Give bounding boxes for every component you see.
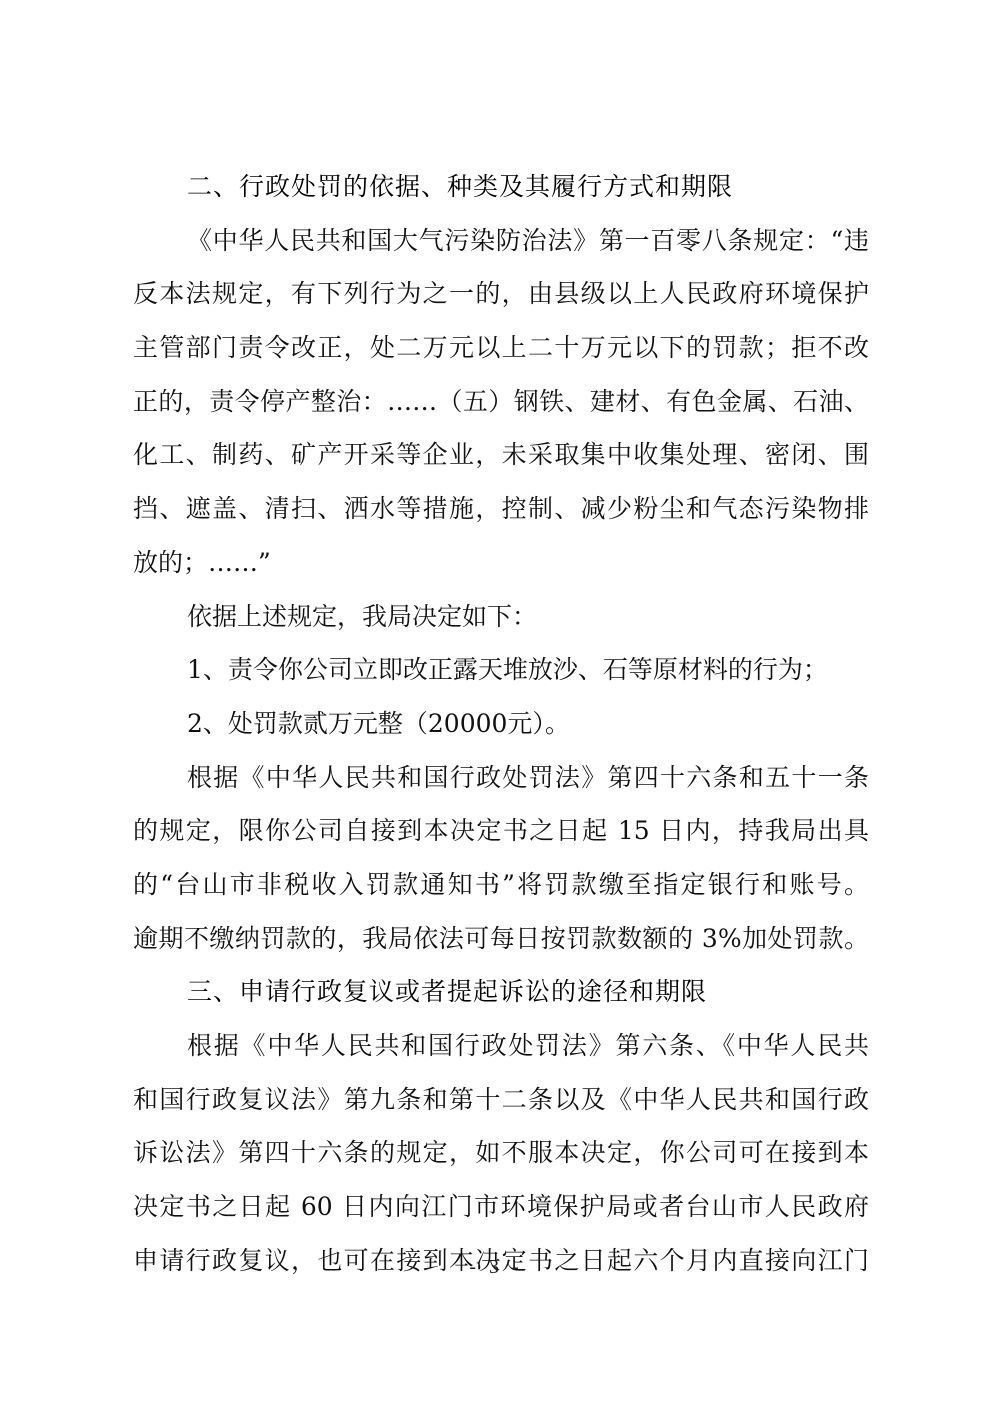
- decision-item-2: 2、处罚款贰万元整（20000元）。: [133, 697, 869, 751]
- paragraph-line: 的“台山市非税收入罚款通知书”将罚款缴至指定银行和账号。: [133, 858, 869, 912]
- decision-item-1: 1、责令你公司立即改正露天堆放沙、石等原材料的行为；: [133, 643, 869, 697]
- section-heading-appeal: 三、申请行政复议或者提起诉讼的途径和期限: [133, 965, 869, 1019]
- paragraph-line: 根据《中华人民共和国行政处罚法》第四十六条和五十一条: [133, 751, 869, 805]
- paragraph-line: 逾期不缴纳罚款的，我局依法可每日按罚款数额的 3%加处罚款。: [133, 912, 869, 966]
- section-heading-penalty-basis: 二、行政处罚的依据、种类及其履行方式和期限: [133, 160, 869, 214]
- paragraph-line: 正的，责令停产整治：……（五）钢铁、建材、有色金属、石油、: [133, 375, 869, 429]
- paragraph-line: 反本法规定，有下列行为之一的，由县级以上人民政府环境保护: [133, 267, 869, 321]
- decision-intro: 依据上述规定，我局决定如下：: [133, 590, 869, 644]
- paragraph-line: 的规定，限你公司自接到本决定书之日起 15 日内，持我局出具: [133, 804, 869, 858]
- paragraph-line: 决定书之日起 60 日内向江门市环境保护局或者台山市人民政府: [133, 1180, 869, 1234]
- paragraph-line: 化工、制药、矿产开采等企业，未采取集中收集处理、密闭、围: [133, 428, 869, 482]
- paragraph-line: 放的；……”: [133, 536, 869, 590]
- paragraph-line: 根据《中华人民共和国行政处罚法》第六条、《中华人民共: [133, 1019, 869, 1073]
- paragraph-line: 和国行政复议法》第九条和第十二条以及《中华人民共和国行政: [133, 1073, 869, 1127]
- paragraph-line: 《中华人民共和国大气污染防治法》第一百零八条规定：“违: [133, 214, 869, 268]
- paragraph-line: 主管部门责令改正，处二万元以上二十万元以下的罚款；拒不改: [133, 321, 869, 375]
- page-number: - 3 -: [0, 1256, 992, 1279]
- document-page: 二、行政处罚的依据、种类及其履行方式和期限 《中华人民共和国大气污染防治法》第一…: [133, 160, 869, 1287]
- paragraph-line: 诉讼法》第四十六条的规定，如不服本决定，你公司可在接到本: [133, 1126, 869, 1180]
- paragraph-line: 挡、遮盖、清扫、洒水等措施，控制、减少粉尘和气态污染物排: [133, 482, 869, 536]
